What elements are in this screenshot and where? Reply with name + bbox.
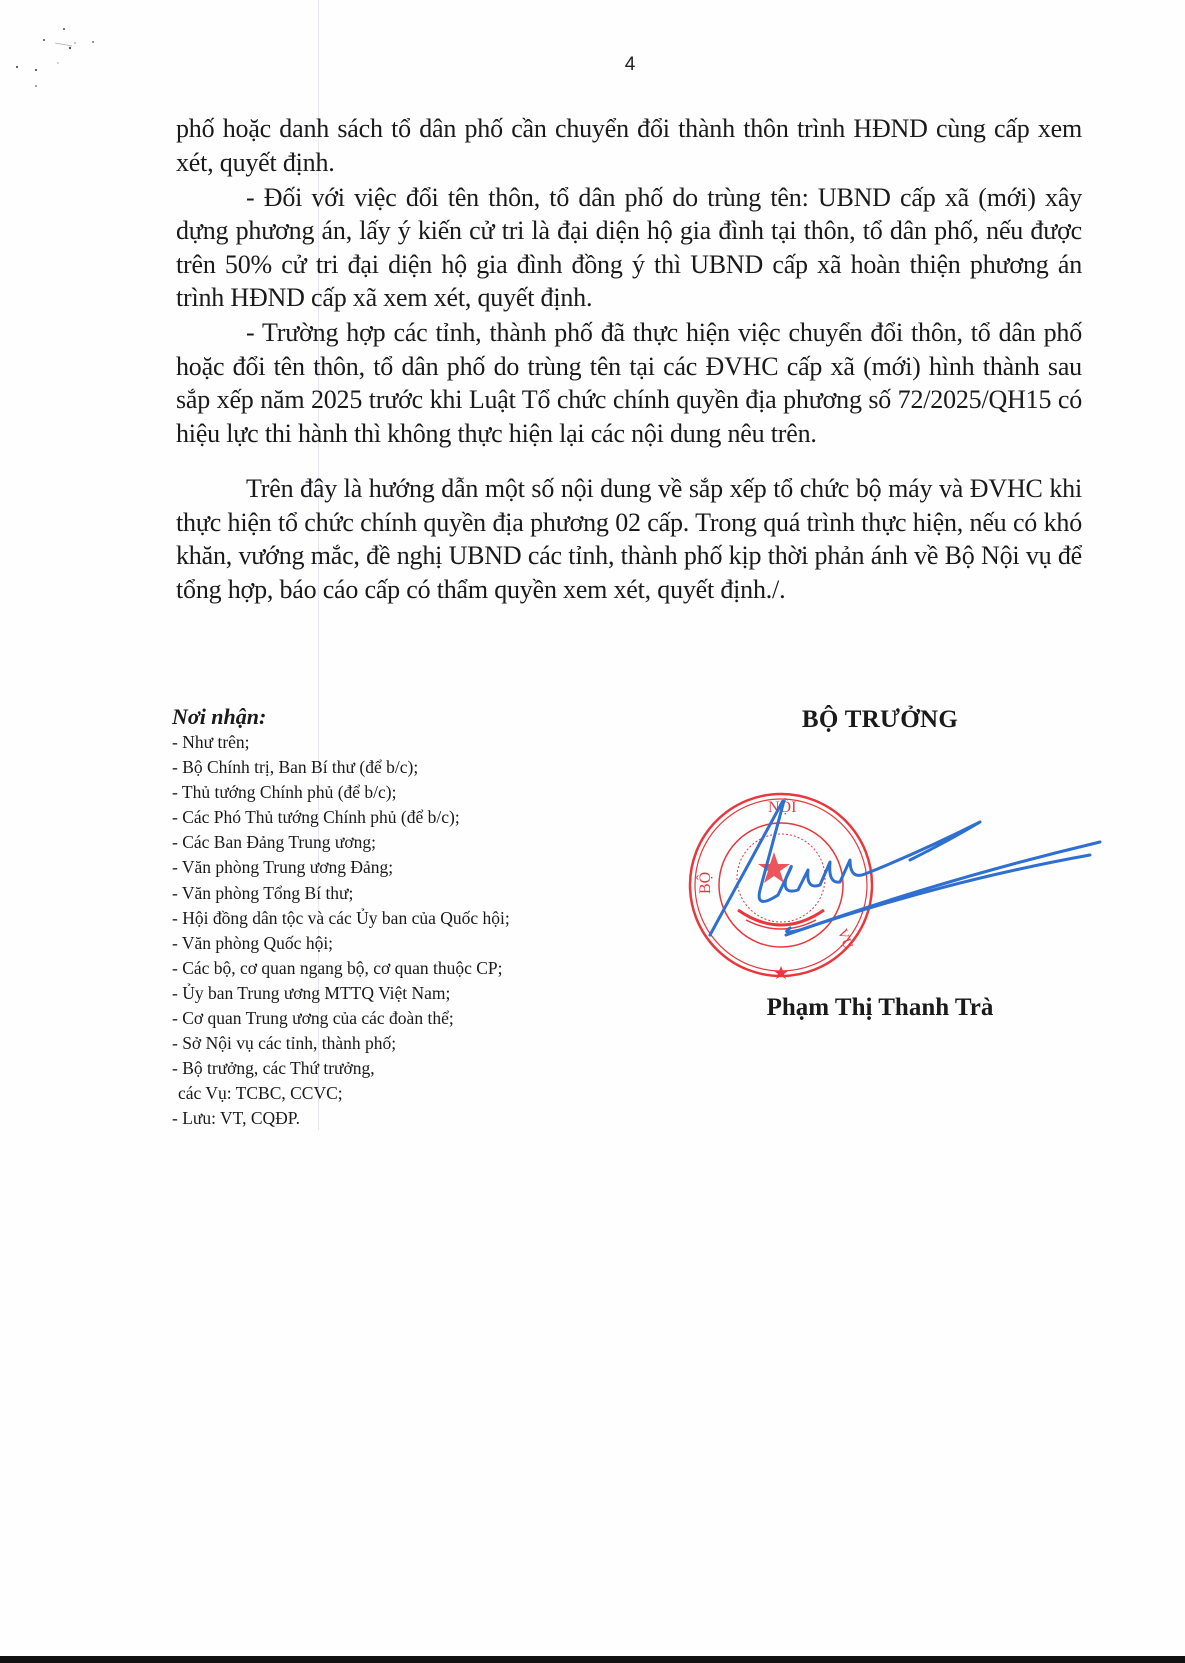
recipients-block: Nơi nhận: - Như trên; - Bộ Chính trị, Ba…	[172, 704, 642, 1132]
recipient-item: - Văn phòng Quốc hội;	[172, 931, 642, 956]
handwritten-signature-icon	[690, 800, 1170, 980]
recipient-item: - Như trên;	[172, 730, 642, 755]
document-page: 4 phố hoặc danh sách tổ dân phố cần chuy…	[0, 0, 1185, 1663]
recipient-item: - Bộ Chính trị, Ban Bí thư (để b/c);	[172, 755, 642, 780]
recipient-item: - Cơ quan Trung ương của các đoàn thể;	[172, 1006, 642, 1031]
paragraph-rename-villages: - Đối với việc đổi tên thôn, tổ dân phố …	[176, 181, 1082, 315]
page-number: 4	[0, 54, 1185, 76]
recipient-item: - Văn phòng Tổng Bí thư;	[172, 881, 642, 906]
recipient-item: - Văn phòng Trung ương Đảng;	[172, 855, 642, 880]
signer-title: BỘ TRƯỞNG	[720, 706, 1040, 734]
recipient-item: - Bộ trưởng, các Thứ trưởng,	[172, 1056, 642, 1081]
recipient-item: - Lưu: VT, CQĐP.	[172, 1106, 642, 1131]
recipient-item: - Thủ tướng Chính phủ (để b/c);	[172, 780, 642, 805]
document-body: phố hoặc danh sách tổ dân phố cần chuyển…	[176, 112, 1082, 606]
recipient-item: - Sở Nội vụ các tỉnh, thành phố;	[172, 1031, 642, 1056]
scan-edge-bar	[0, 1656, 1185, 1663]
recipients-list: - Như trên; - Bộ Chính trị, Ban Bí thư (…	[172, 730, 642, 1132]
signer-name: Phạm Thị Thanh Trà	[720, 994, 1040, 1022]
paragraph-closing: Trên đây là hướng dẫn một số nội dung về…	[176, 472, 1082, 606]
recipient-item: - Các Ban Đảng Trung ương;	[172, 830, 642, 855]
recipients-title: Nơi nhận:	[172, 704, 642, 730]
recipient-item: - Hội đồng dân tộc và các Ủy ban của Quố…	[172, 906, 642, 931]
recipient-item: - Các Phó Thủ tướng Chính phủ (để b/c);	[172, 805, 642, 830]
scan-specks	[0, 0, 200, 100]
recipient-item: các Vụ: TCBC, CCVC;	[172, 1081, 642, 1106]
paragraph-continuation: phố hoặc danh sách tổ dân phố cần chuyển…	[176, 112, 1082, 179]
paragraph-already-converted: - Trường hợp các tỉnh, thành phố đã thực…	[176, 316, 1082, 450]
recipient-item: - Các bộ, cơ quan ngang bộ, cơ quan thuộ…	[172, 956, 642, 981]
recipient-item: - Ủy ban Trung ương MTTQ Việt Nam;	[172, 981, 642, 1006]
